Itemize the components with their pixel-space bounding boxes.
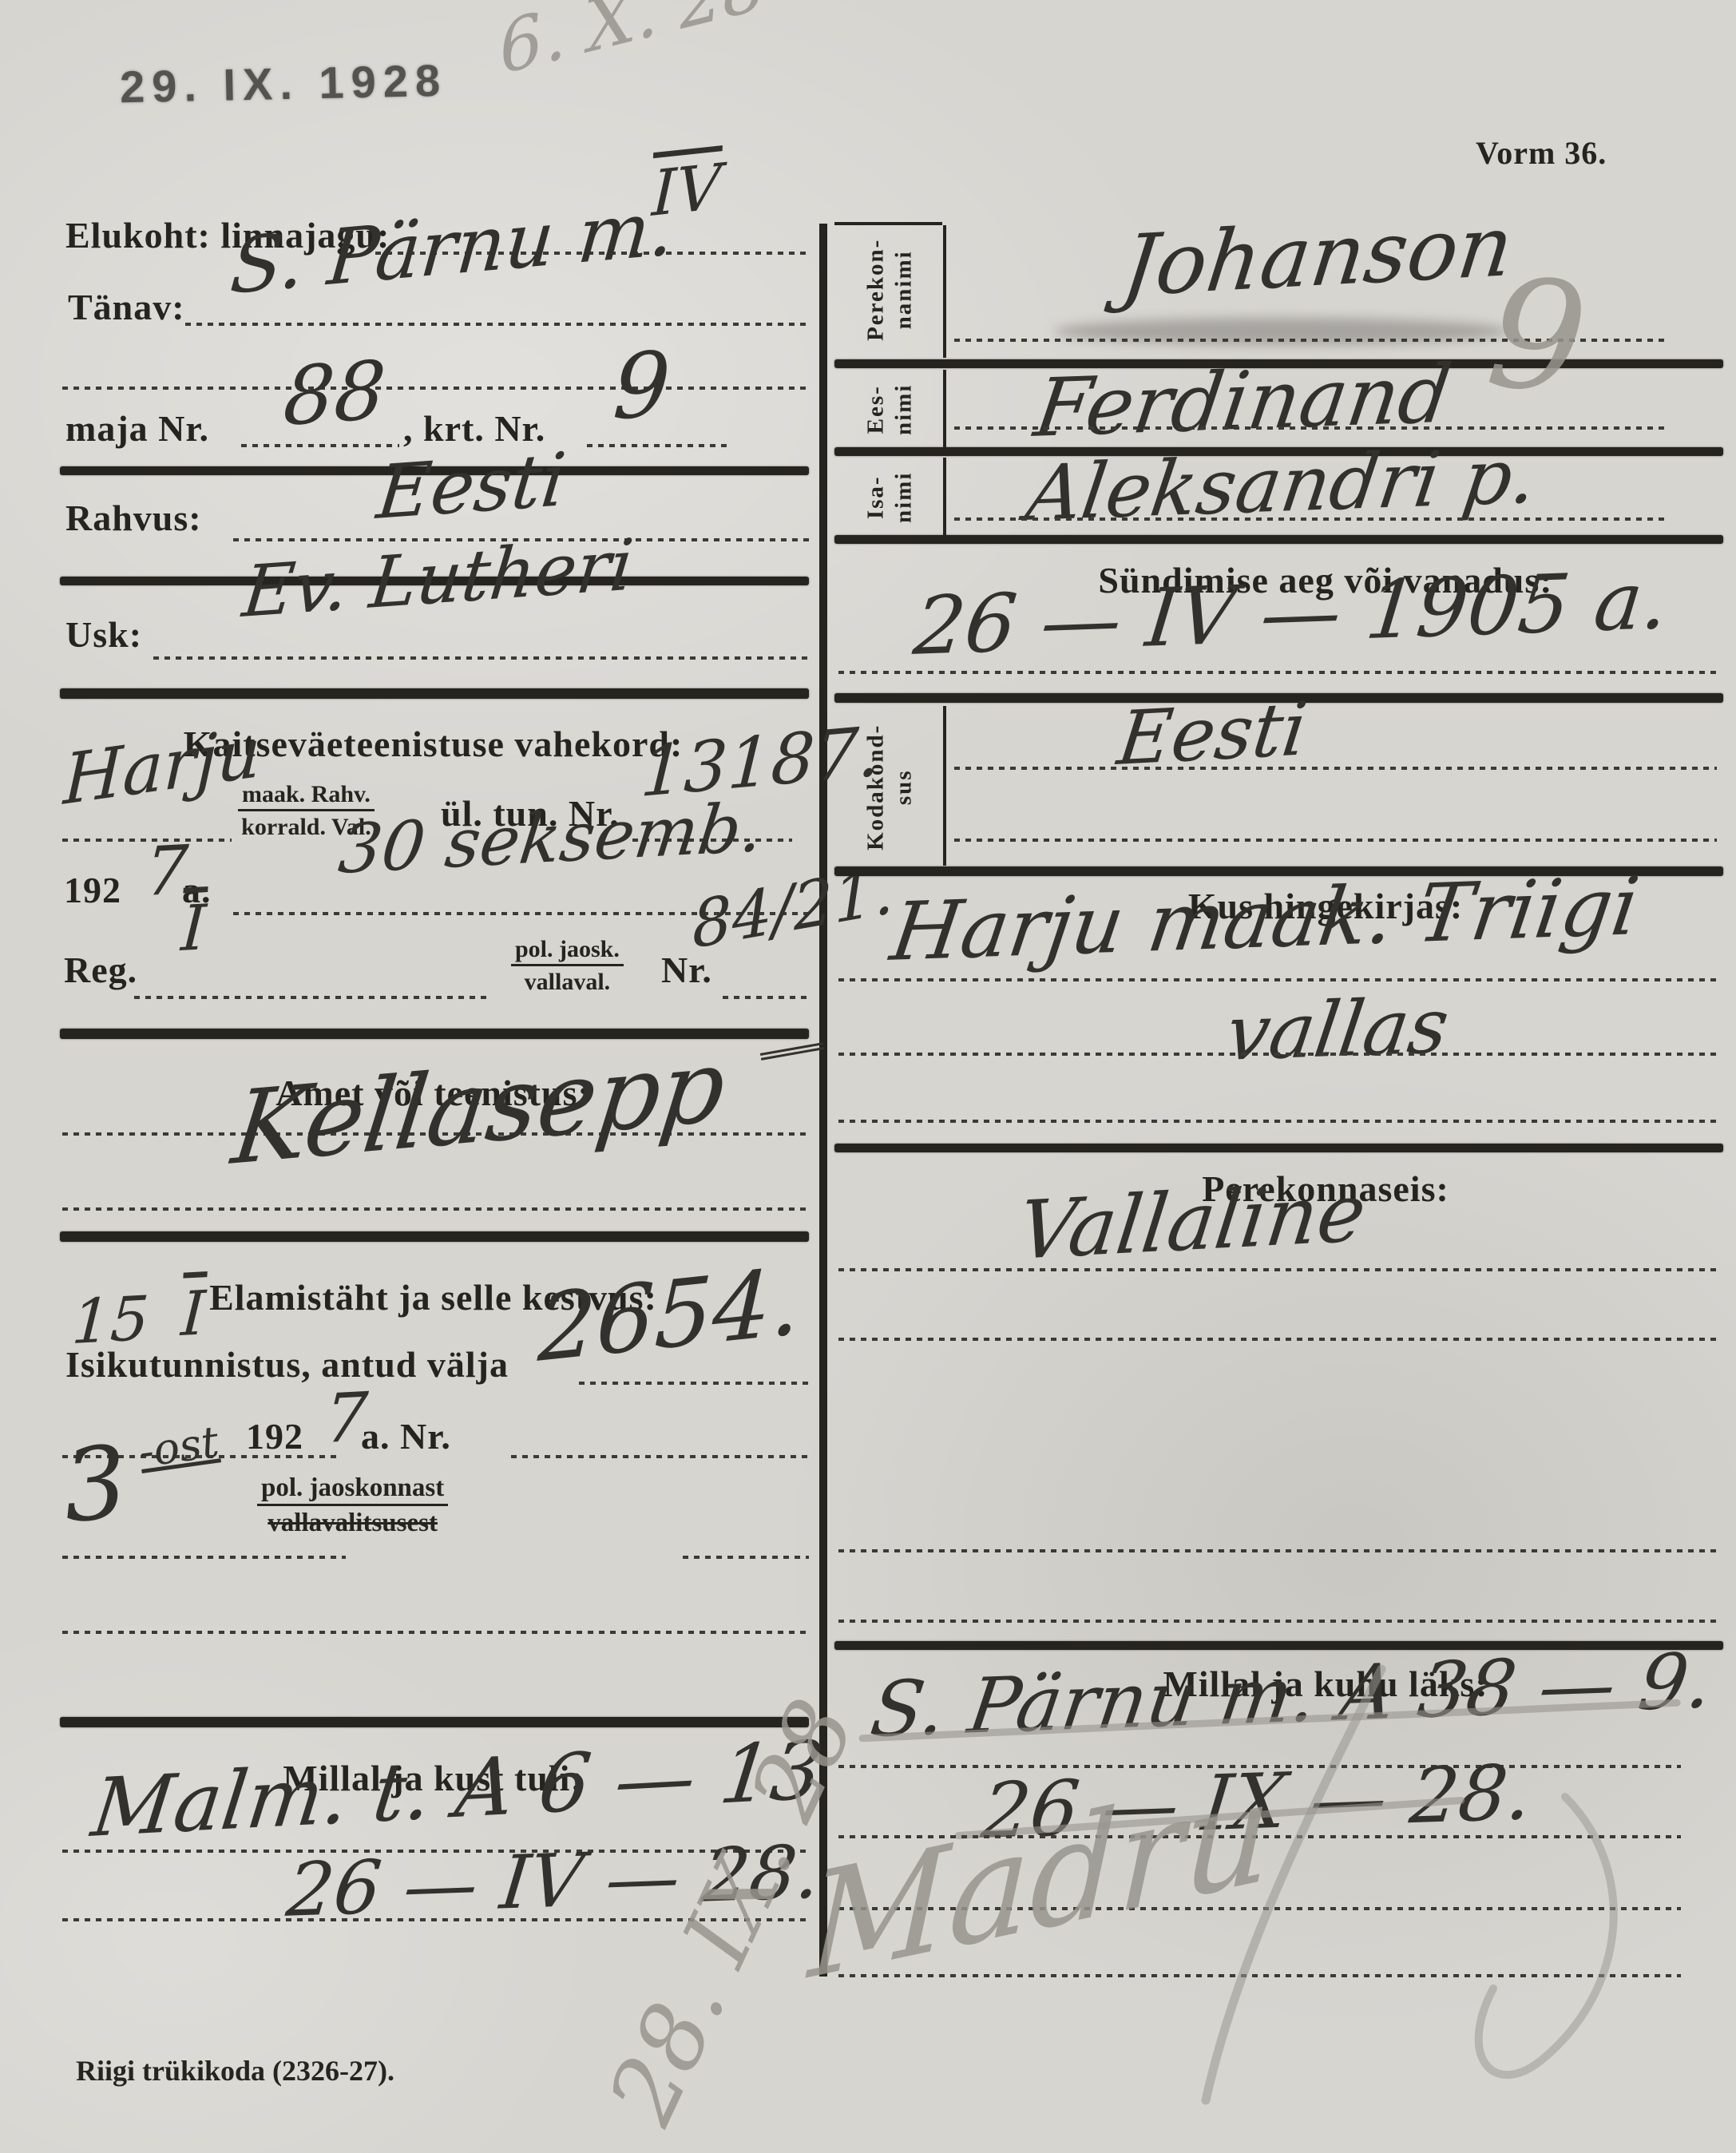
dotted-line: [954, 839, 1717, 842]
isanimi-label-line1: Isa-: [862, 475, 888, 519]
perekonnaseis-value: Vallaline: [1014, 1173, 1370, 1271]
label-box-divider-line: [943, 225, 946, 358]
dotted-line: [723, 996, 809, 999]
dotted-line: [838, 1053, 1717, 1056]
isik-year-prefix: 192: [246, 1415, 303, 1457]
isik-frac-top: pol. jaoskonnast: [257, 1473, 448, 1506]
date-stamp: 29. IX. 1928: [119, 54, 447, 113]
rahvus-label: Rahvus:: [65, 497, 202, 539]
rule-line: [60, 688, 809, 699]
amet-value: Kellasepp: [228, 1035, 731, 1180]
dotted-line: [838, 1268, 1717, 1271]
sundimise-value: 26 — IV — 1905 a.: [910, 561, 1672, 667]
dotted-line: [838, 1338, 1717, 1341]
dotted-line: [838, 978, 1717, 981]
printer-imprint: Riigi trükikoda (2326-27).: [76, 2054, 394, 2088]
isanimi-label: Isa- nimi: [837, 459, 942, 535]
pencil-digit-note: 9: [1481, 256, 1593, 418]
year-entry-value: 30 seksemb.: [335, 794, 767, 883]
rule-line: [834, 535, 1723, 544]
eesnimi-value: Ferdinand: [1030, 354, 1456, 449]
isik-day-value: 15: [70, 1288, 151, 1353]
dotted-line: [838, 1120, 1717, 1123]
label-box-divider-line: [943, 458, 946, 535]
rule-line: [834, 1144, 1723, 1152]
dotted-line: [62, 1207, 811, 1211]
dotted-line: [134, 996, 489, 999]
dotted-line: [587, 444, 731, 447]
perekonnanimi-label-line2: nanimi: [890, 250, 916, 329]
isik-frac-bottom-struck: vallavalitsusest: [257, 1506, 448, 1539]
rule-line: [60, 1717, 809, 1727]
kodakondsus-value: Eesti: [1114, 692, 1310, 776]
perekonnanimi-value: Johanson: [1118, 204, 1517, 309]
year-prefix: 192: [64, 869, 121, 911]
isik-district-value: 3: [59, 1433, 131, 1537]
isik-month-value: I: [180, 1283, 207, 1345]
dotted-line: [511, 1455, 809, 1458]
isanimi-label-line2: nimi: [890, 471, 916, 522]
dotted-line: [838, 671, 1717, 674]
perekonnanimi-label: Perekon- nanimi: [837, 225, 942, 355]
isik-nr-value: 2654.: [537, 1256, 801, 1376]
eesnimi-label-line1: Ees-: [862, 385, 888, 434]
perekonnanimi-label-line1: Perekon-: [862, 239, 888, 341]
dotted-line: [954, 767, 1717, 770]
maja-nr-value: 88: [281, 350, 388, 438]
reg-frac-bottom: vallaval.: [511, 966, 624, 997]
dotted-line: [683, 1556, 809, 1559]
dotted-line: [62, 387, 811, 390]
kaitse-frac-top: maak. Rahv.: [238, 781, 375, 811]
tanav-value: S. Pärnu m.: [228, 190, 677, 306]
pencil-flourish-scrawl: [1118, 1613, 1693, 2140]
krt-nr-value: 9: [611, 340, 672, 433]
isik-year-suffix: a. Nr.: [361, 1415, 451, 1457]
eesnimi-label-line2: nimi: [890, 383, 916, 434]
dotted-line: [241, 444, 399, 447]
isik-issuer-options: pol. jaoskonnast vallavalitsusest: [257, 1473, 448, 1539]
dotted-line: [62, 1631, 811, 1634]
label-box-divider-line: [943, 706, 946, 866]
maja-nr-label: maja Nr.: [65, 407, 209, 450]
form-number: Vorm 36.: [1476, 134, 1607, 172]
pencil-date-note: 6. X. 28: [496, 0, 769, 85]
registration-card: 29. IX. 1928 6. X. 28 Vorm 36. Elukoht: …: [0, 0, 1736, 2153]
isik-district-suffix: -ost: [136, 1421, 221, 1474]
usk-value: Ev. Lutheri: [240, 529, 636, 628]
reg-label: Reg.: [64, 949, 137, 991]
kodakondsus-label-line2: sus: [890, 769, 916, 805]
reg-value: I: [180, 897, 208, 961]
dotted-line: [185, 323, 811, 326]
dotted-line: [838, 1549, 1717, 1552]
eesnimi-label: Ees- nimi: [837, 371, 942, 447]
dotted-line: [153, 656, 810, 660]
hingekirjas-value-line1: Harju maak. Triigi: [886, 866, 1643, 973]
dotted-line: [954, 517, 1665, 521]
kodakondsus-label-line1: Kodakond-: [862, 724, 888, 850]
dotted-line: [62, 1556, 346, 1559]
tanav-label: Tänav:: [68, 286, 185, 328]
hingekirjas-value-line2: vallas: [1222, 989, 1453, 1073]
kodakondsus-label: Kodakond- sus: [837, 709, 942, 865]
rule-line: [60, 1231, 809, 1242]
rahvus-value: Eesti: [374, 443, 569, 530]
reg-issuer-options: pol. jaosk. vallaval.: [511, 936, 624, 996]
dotted-line: [579, 1382, 811, 1385]
usk-label: Usk:: [65, 613, 142, 656]
double-underline-mark: [760, 1042, 824, 1061]
reg-frac-top: pol. jaosk.: [511, 936, 624, 966]
label-box-divider-line: [943, 370, 946, 447]
